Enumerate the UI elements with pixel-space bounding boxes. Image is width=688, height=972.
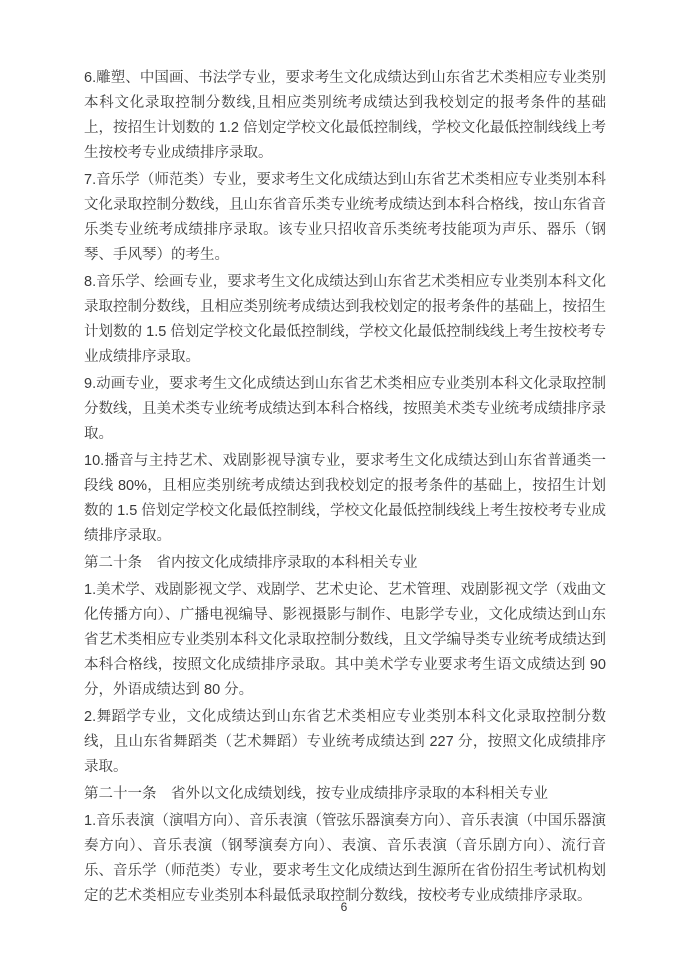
- paragraph-art20-1-fine-arts: 1.美术学、戏剧影视文学、戏剧学、艺术史论、艺术管理、戏剧影视文学（戏曲文化传播…: [84, 578, 606, 703]
- paragraph-art20-2-dance: 2.舞蹈学专业，文化成绩达到山东省艺术类相应专业类别本科文化录取控制分数线，且山…: [84, 705, 606, 780]
- paragraph-9-animation: 9.动画专业，要求考生文化成绩达到山东省艺术类相应专业类别本科文化录取控制分数线…: [84, 372, 606, 447]
- page-footer: 6: [0, 898, 688, 916]
- paragraph-6-sculpture: 6.雕塑、中国画、书法学专业，要求考生文化成绩达到山东省艺术类相应专业类别本科文…: [84, 66, 606, 166]
- page-number: 6: [341, 899, 348, 915]
- section-heading-article-21: 第二十一条 省外以文化成绩划线，按专业成绩排序录取的本科相关专业: [84, 782, 606, 807]
- paragraph-7-musicology-normal: 7.音乐学（师范类）专业，要求考生文化成绩达到山东省艺术类相应专业类别本科文化录…: [84, 168, 606, 268]
- paragraph-art21-1-music-performance: 1.音乐表演（演唱方向）、音乐表演（管弦乐器演奏方向）、音乐表演（中国乐器演奏方…: [84, 809, 606, 909]
- document-body: 6.雕塑、中国画、书法学专业，要求考生文化成绩达到山东省艺术类相应专业类别本科文…: [84, 66, 606, 911]
- document-page: 6.雕塑、中国画、书法学专业，要求考生文化成绩达到山东省艺术类相应专业类别本科文…: [0, 0, 688, 972]
- paragraph-10-broadcasting: 10.播音与主持艺术、戏剧影视导演专业，要求考生文化成绩达到山东省普通类一段线 …: [84, 449, 606, 549]
- section-heading-article-20: 第二十条 省内按文化成绩排序录取的本科相关专业: [84, 551, 606, 576]
- paragraph-8-musicology-painting: 8.音乐学、绘画专业，要求考生文化成绩达到山东省艺术类相应专业类别本科文化录取控…: [84, 270, 606, 370]
